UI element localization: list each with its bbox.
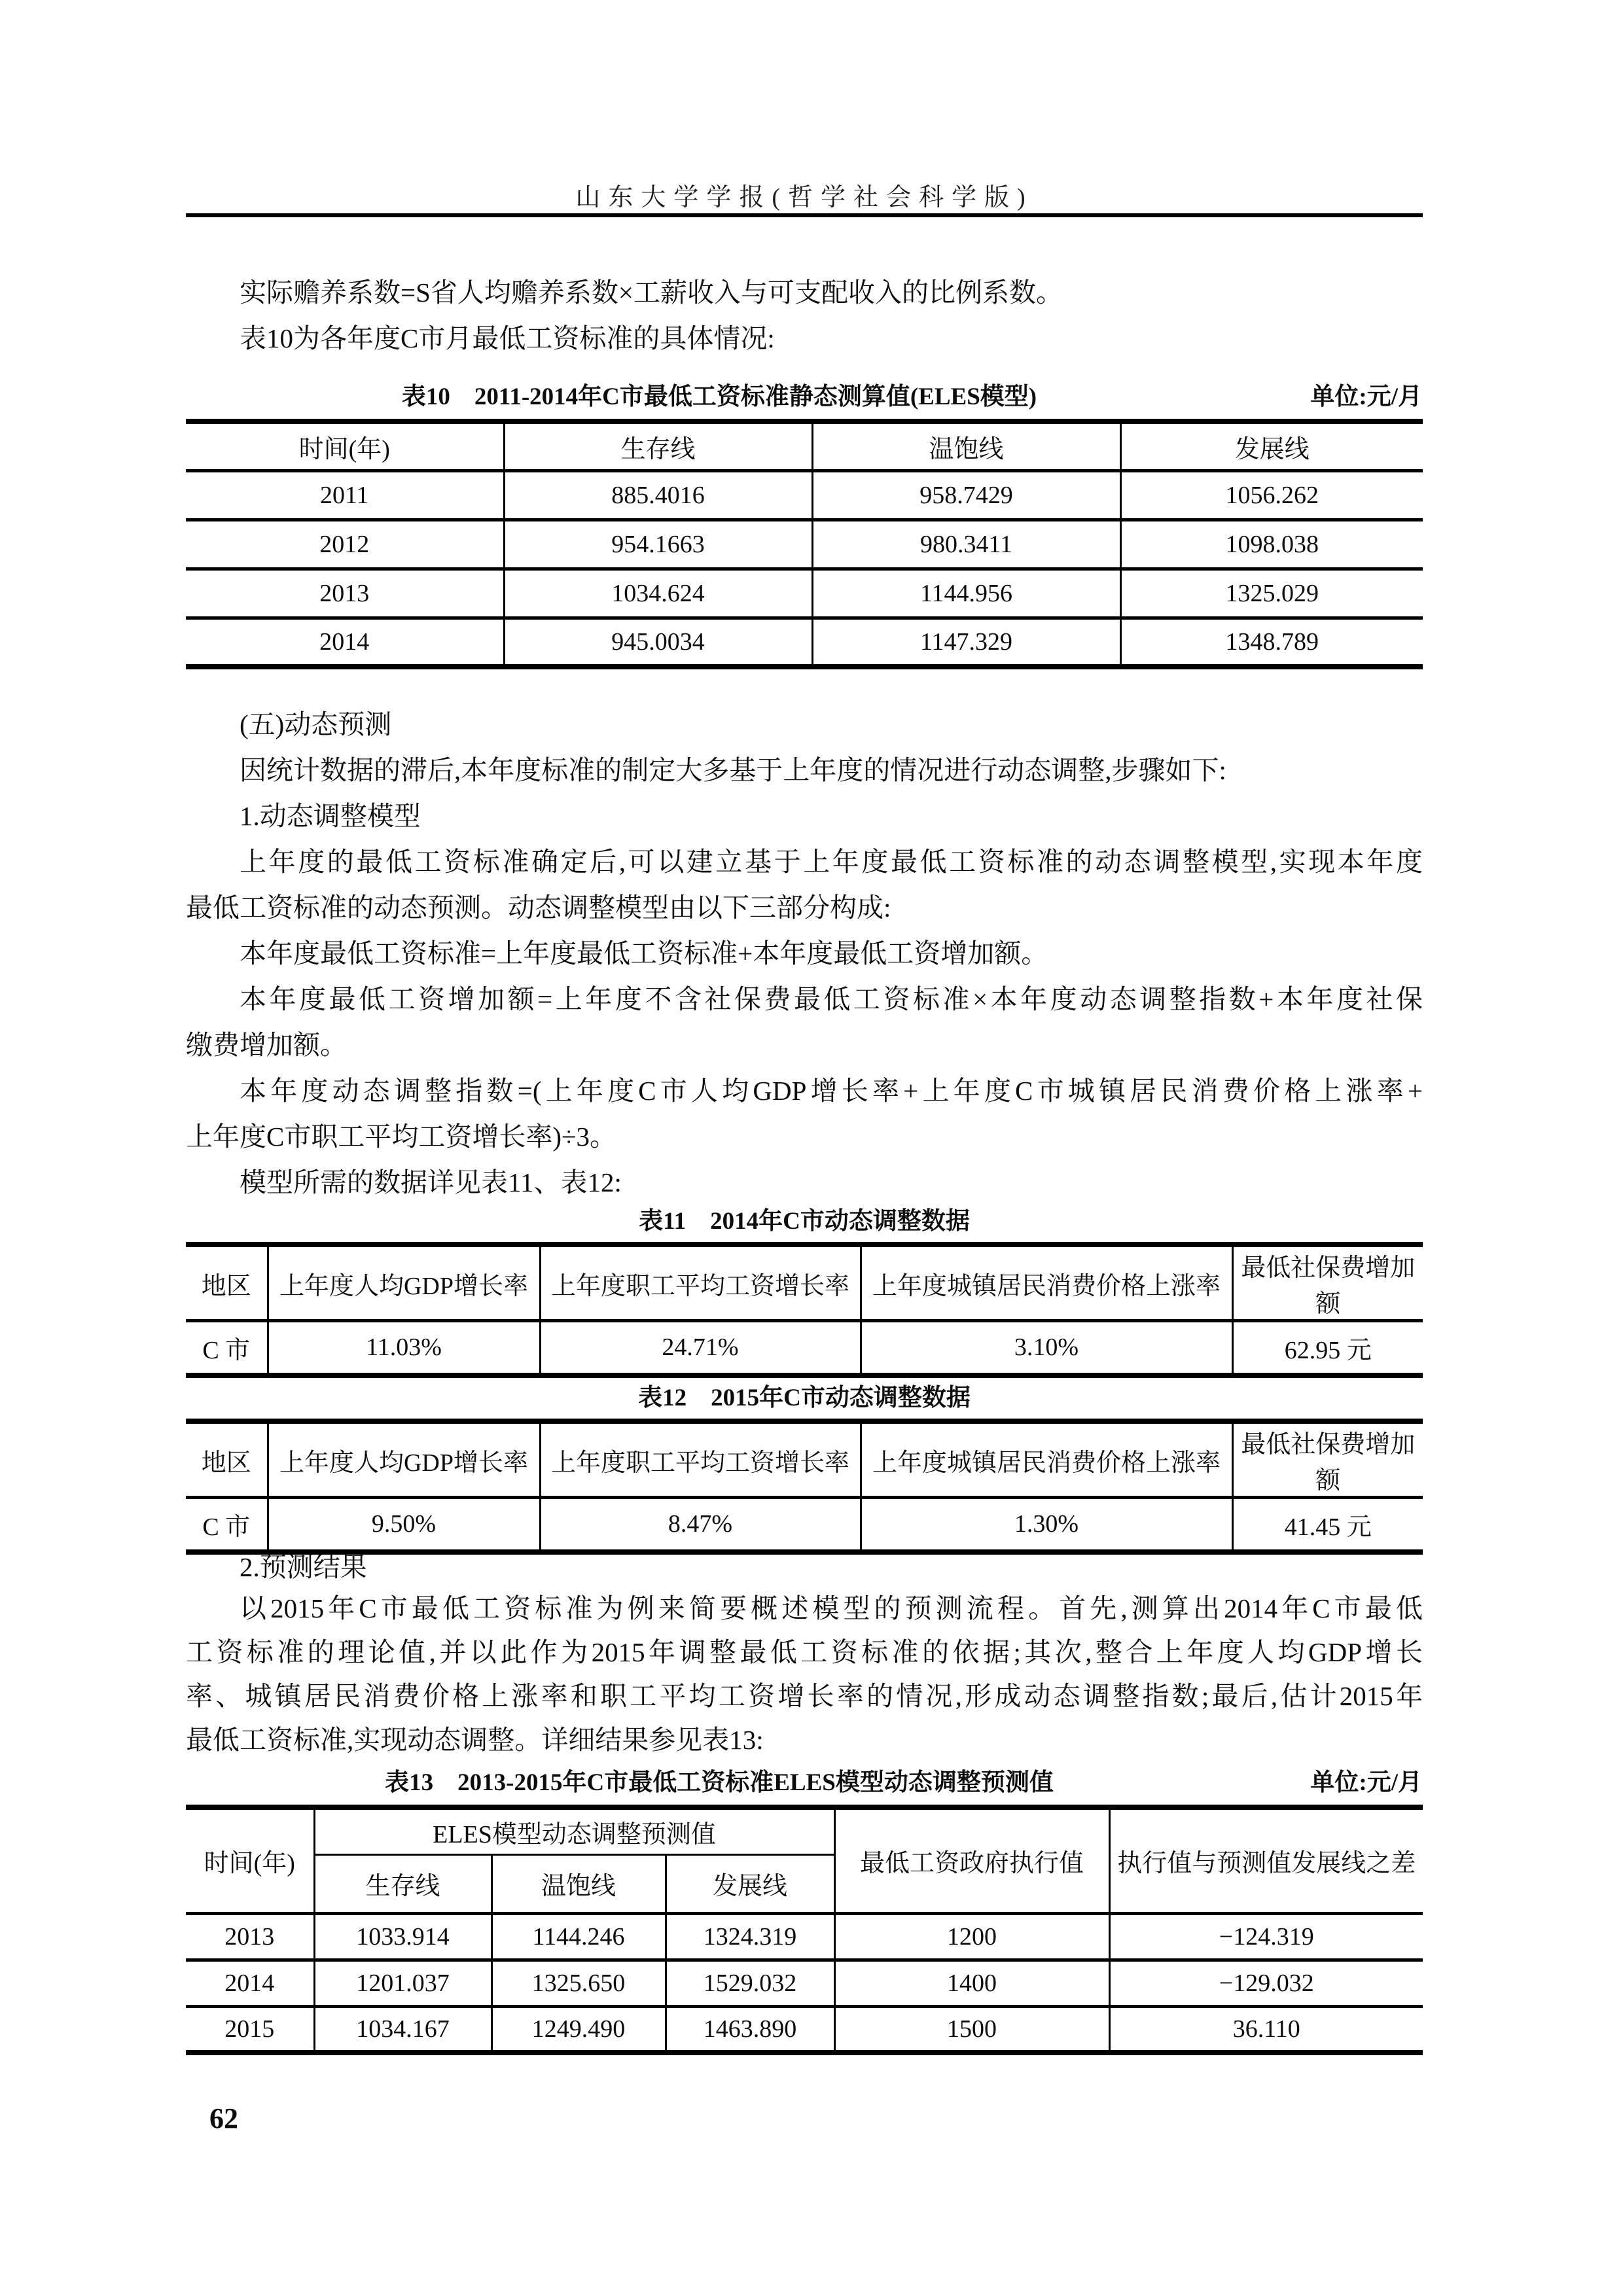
table10-title: 表10 2011-2014年C市最低工资标准静态测算值(ELES模型) (186, 376, 1253, 412)
formula-3-line1: 本年度动态调整指数=(上年度C市人均GDP增长率+上年度C市城镇居民消费价格上涨… (186, 1073, 1423, 1108)
table-row: 2015 1034.167 1249.490 1463.890 1500 36.… (186, 2006, 1423, 2053)
table-row: C 市 9.50% 8.47% 1.30% 41.45 元 (186, 1498, 1423, 1552)
table-cell: 1325.650 (491, 1960, 666, 2006)
formula-1: 本年度最低工资标准=上年度最低工资标准+本年度最低工资增加额。 (186, 936, 1423, 971)
table-cell: 1056.262 (1120, 470, 1423, 520)
table-cell: 1400 (834, 1960, 1109, 2006)
table-row: 2011 885.4016 958.7429 1056.262 (186, 470, 1423, 520)
table-cell: 1200 (834, 1913, 1109, 1960)
table-header-cell: 上年度人均GDP增长率 (268, 1421, 540, 1498)
table-row: C 市 11.03% 24.71% 3.10% 62.95 元 (186, 1321, 1423, 1375)
table-header-cell: 时间(年) (186, 421, 504, 470)
table-header-cell: 发展线 (1120, 421, 1423, 470)
table12-title: 表12 2015年C市动态调整数据 (186, 1377, 1423, 1413)
table11: 地区 上年度人均GDP增长率 上年度职工平均工资增长率 上年度城镇居民消费价格上… (186, 1242, 1423, 1378)
table-cell: 8.47% (540, 1498, 861, 1552)
table-header-cell: 上年度职工平均工资增长率 (540, 1245, 861, 1321)
header-rule (186, 213, 1423, 217)
table12: 地区 上年度人均GDP增长率 上年度职工平均工资增长率 上年度城镇居民消费价格上… (186, 1419, 1423, 1555)
table-cell: 11.03% (268, 1321, 540, 1375)
table-cell: 24.71% (540, 1321, 861, 1375)
table-cell: 1348.789 (1120, 618, 1423, 667)
section-heading-5: (五)动态预测 (186, 707, 1423, 742)
formula-2-line2: 缴费增加额。 (186, 1027, 1423, 1063)
table-cell: 1500 (834, 2006, 1109, 2053)
paragraph-model-line2: 最低工资标准的动态预测。动态调整模型由以下三部分构成: (186, 890, 1423, 925)
table-cell: −124.319 (1109, 1913, 1423, 1960)
table-header-cell: 最低社保费增加额 (1232, 1245, 1423, 1321)
table-header-cell: 最低社保费增加额 (1232, 1421, 1423, 1498)
page-number: 62 (209, 2102, 238, 2135)
table-header-cell: 生存线 (504, 421, 812, 470)
paragraph-result-line3: 率、城镇居民消费价格上涨率和职工平均工资增长率的情况,形成动态调整指数;最后,估… (186, 1678, 1423, 1714)
table10-unit-label: 单位:元/月 (1310, 376, 1422, 412)
table-cell: 2015 (186, 2006, 314, 2053)
table13-title: 表13 2013-2015年C市最低工资标准ELES模型动态调整预测值 (186, 1762, 1253, 1797)
table13-unit-label: 单位:元/月 (1310, 1762, 1422, 1797)
subsection-heading-1: 1.动态调整模型 (186, 798, 1423, 834)
table-cell: 3.10% (861, 1321, 1232, 1375)
paragraph-data-ref: 模型所需的数据详见表11、表12: (186, 1165, 1423, 1200)
table13-group-header-row: 时间(年) ELES模型动态调整预测值 最低工资政府执行值 执行值与预测值发展线… (186, 1807, 1423, 1854)
document-page: 山东大学学报(哲学社会科学版) 实际赡养系数=S省人均赡养系数×工薪收入与可支配… (0, 0, 1623, 2296)
paragraph-table10-intro: 表10为各年度C市月最低工资标准的具体情况: (186, 321, 1423, 356)
table11-title: 表11 2014年C市动态调整数据 (186, 1201, 1423, 1236)
table-cell: 1529.032 (666, 1960, 834, 2006)
table-header-cell: 生存线 (314, 1854, 491, 1913)
table-cell: −129.032 (1109, 1960, 1423, 2006)
table-cell: C 市 (186, 1498, 268, 1552)
table-cell: 2013 (186, 569, 504, 618)
table-row: 2014 1201.037 1325.650 1529.032 1400 −12… (186, 1960, 1423, 2006)
table-header-cell: 地区 (186, 1421, 268, 1498)
table-cell: 36.110 (1109, 2006, 1423, 2053)
table-cell: 954.1663 (504, 520, 812, 569)
table10-header-row: 时间(年) 生存线 温饱线 发展线 (186, 421, 1423, 470)
table-row: 2013 1033.914 1144.246 1324.319 1200 −12… (186, 1913, 1423, 1960)
table-cell: 1201.037 (314, 1960, 491, 2006)
table-cell: 9.50% (268, 1498, 540, 1552)
table-cell: 885.4016 (504, 470, 812, 520)
table-header-cell: 温饱线 (491, 1854, 666, 1913)
paragraph-model-line1: 上年度的最低工资标准确定后,可以建立基于上年度最低工资标准的动态调整模型,实现本… (186, 844, 1423, 879)
table13: 时间(年) ELES模型动态调整预测值 最低工资政府执行值 执行值与预测值发展线… (186, 1805, 1423, 2055)
table-header-cell-time: 时间(年) (186, 1807, 314, 1913)
table-header-cell: 地区 (186, 1245, 268, 1321)
paragraph-result-line4: 最低工资标准,实现动态调整。详细结果参见表13: (186, 1722, 1423, 1757)
table-row: 2012 954.1663 980.3411 1098.038 (186, 520, 1423, 569)
table-cell: 945.0034 (504, 618, 812, 667)
table-cell: 41.45 元 (1232, 1498, 1423, 1552)
table-header-cell-executed: 最低工资政府执行值 (834, 1807, 1109, 1913)
paragraph-result-line1: 以2015年C市最低工资标准为例来简要概述模型的预测流程。首先,测算出2014年… (186, 1591, 1423, 1626)
table-row: 2013 1034.624 1144.956 1325.029 (186, 569, 1423, 618)
table-cell: 980.3411 (812, 520, 1120, 569)
table-cell: 2013 (186, 1913, 314, 1960)
table-header-cell: 发展线 (666, 1854, 834, 1913)
table-header-cell-eles-group: ELES模型动态调整预测值 (314, 1807, 834, 1854)
table-header-cell: 上年度城镇居民消费价格上涨率 (861, 1245, 1232, 1321)
table-cell: 2012 (186, 520, 504, 569)
table-cell: 2014 (186, 1960, 314, 2006)
table-cell: 1033.914 (314, 1913, 491, 1960)
table-header-cell: 上年度人均GDP增长率 (268, 1245, 540, 1321)
table-header-cell: 温饱线 (812, 421, 1120, 470)
table-cell: 2011 (186, 470, 504, 520)
paragraph-result-line2: 工资标准的理论值,并以此作为2015年调整最低工资标准的依据;其次,整合上年度人… (186, 1634, 1423, 1670)
table-cell: 1324.319 (666, 1913, 834, 1960)
paragraph-formula-intro: 实际赡养系数=S省人均赡养系数×工薪收入与可支配收入的比例系数。 (186, 275, 1423, 310)
table-cell: 958.7429 (812, 470, 1120, 520)
table-cell: 1034.624 (504, 569, 812, 618)
table-cell: 1249.490 (491, 2006, 666, 2053)
paragraph-dynamic-intro: 因统计数据的滞后,本年度标准的制定大多基于上年度的情况进行动态调整,步骤如下: (186, 752, 1423, 788)
table10: 时间(年) 生存线 温饱线 发展线 2011 885.4016 958.7429… (186, 419, 1423, 669)
table-header-cell-difference: 执行值与预测值发展线之差 (1109, 1807, 1423, 1913)
table-row: 2014 945.0034 1147.329 1348.789 (186, 618, 1423, 667)
table-cell: 1325.029 (1120, 569, 1423, 618)
table-cell: 1147.329 (812, 618, 1120, 667)
subsection-heading-2: 2.预测结果 (186, 1549, 1423, 1585)
journal-header: 山东大学学报(哲学社会科学版) (186, 177, 1423, 213)
table-cell: C 市 (186, 1321, 268, 1375)
table11-header-row: 地区 上年度人均GDP增长率 上年度职工平均工资增长率 上年度城镇居民消费价格上… (186, 1245, 1423, 1321)
table-cell: 1144.246 (491, 1913, 666, 1960)
table-cell: 1463.890 (666, 2006, 834, 2053)
table-cell: 1034.167 (314, 2006, 491, 2053)
formula-3-line2: 上年度C市职工平均工资增长率)÷3。 (186, 1119, 1423, 1154)
table-header-cell: 上年度职工平均工资增长率 (540, 1421, 861, 1498)
table-cell: 2014 (186, 618, 504, 667)
table-header-cell: 上年度城镇居民消费价格上涨率 (861, 1421, 1232, 1498)
table-cell: 1098.038 (1120, 520, 1423, 569)
table12-header-row: 地区 上年度人均GDP增长率 上年度职工平均工资增长率 上年度城镇居民消费价格上… (186, 1421, 1423, 1498)
table-cell: 1144.956 (812, 569, 1120, 618)
formula-2-line1: 本年度最低工资增加额=上年度不含社保费最低工资标准×本年度动态调整指数+本年度社… (186, 981, 1423, 1017)
table-cell: 1.30% (861, 1498, 1232, 1552)
table-cell: 62.95 元 (1232, 1321, 1423, 1375)
